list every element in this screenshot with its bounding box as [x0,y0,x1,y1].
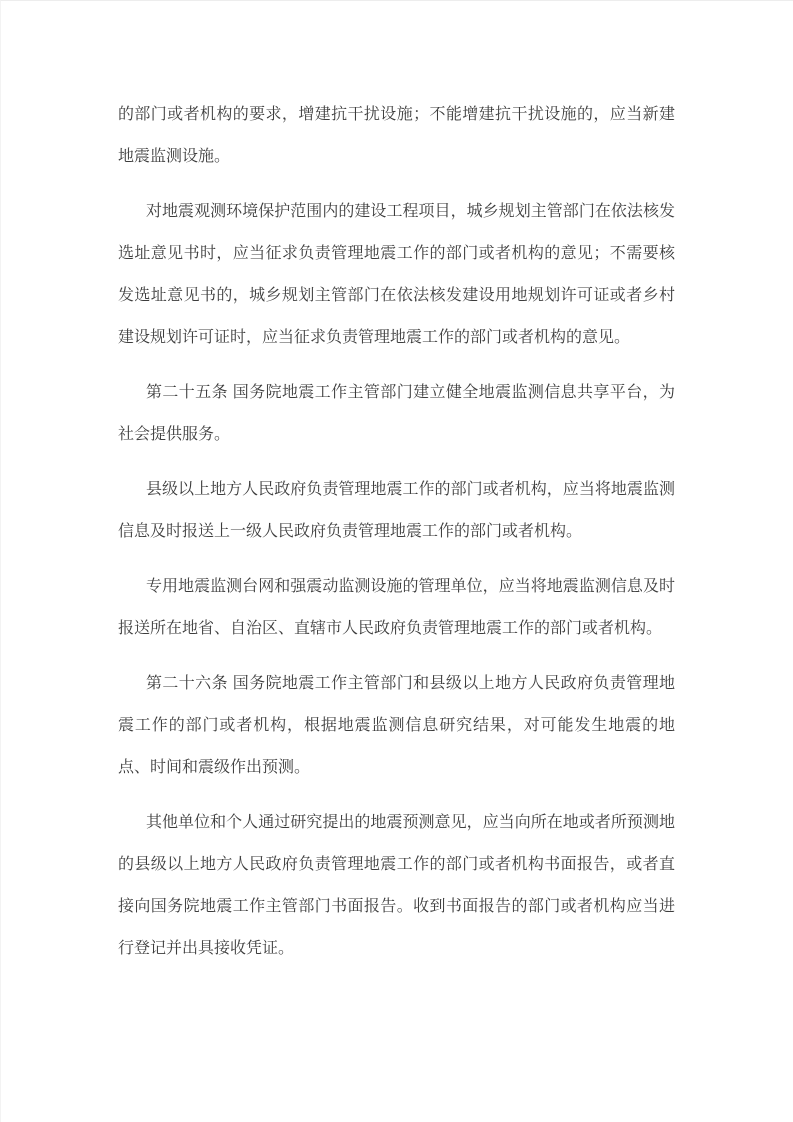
paragraph-article-25: 第二十五条 国务院地震工作主管部门建立健全地震监测信息共享平台，为社会提供服务。 [118,372,675,456]
paragraph-dedicated-networks: 专用地震监测台网和强震动监测设施的管理单位，应当将地震监测信息及时报送所在地省、… [118,566,675,650]
paragraph-continuation: 的部门或者机构的要求，增建抗干扰设施；不能增建抗干扰设施的，应当新建地震监测设施… [118,94,675,178]
paragraph-other-predictions: 其他单位和个人通过研究提出的地震预测意见，应当向所在地或者所预测地的县级以上地方… [118,802,675,970]
document-body: 的部门或者机构的要求，增建抗干扰设施；不能增建抗干扰设施的，应当新建地震监测设施… [118,94,675,970]
paragraph-county-level-reporting: 县级以上地方人民政府负责管理地震工作的部门或者机构，应当将地震监测信息及时报送上… [118,469,675,553]
paragraph-observation-projects: 对地震观测环境保护范围内的建设工程项目，城乡规划主管部门在依法核发选址意见书时，… [118,191,675,359]
document-page: 的部门或者机构的要求，增建抗干扰设施；不能增建抗干扰设施的，应当新建地震监测设施… [0,0,793,1122]
paragraph-article-26: 第二十六条 国务院地震工作主管部门和县级以上地方人民政府负责管理地震工作的部门或… [118,663,675,789]
